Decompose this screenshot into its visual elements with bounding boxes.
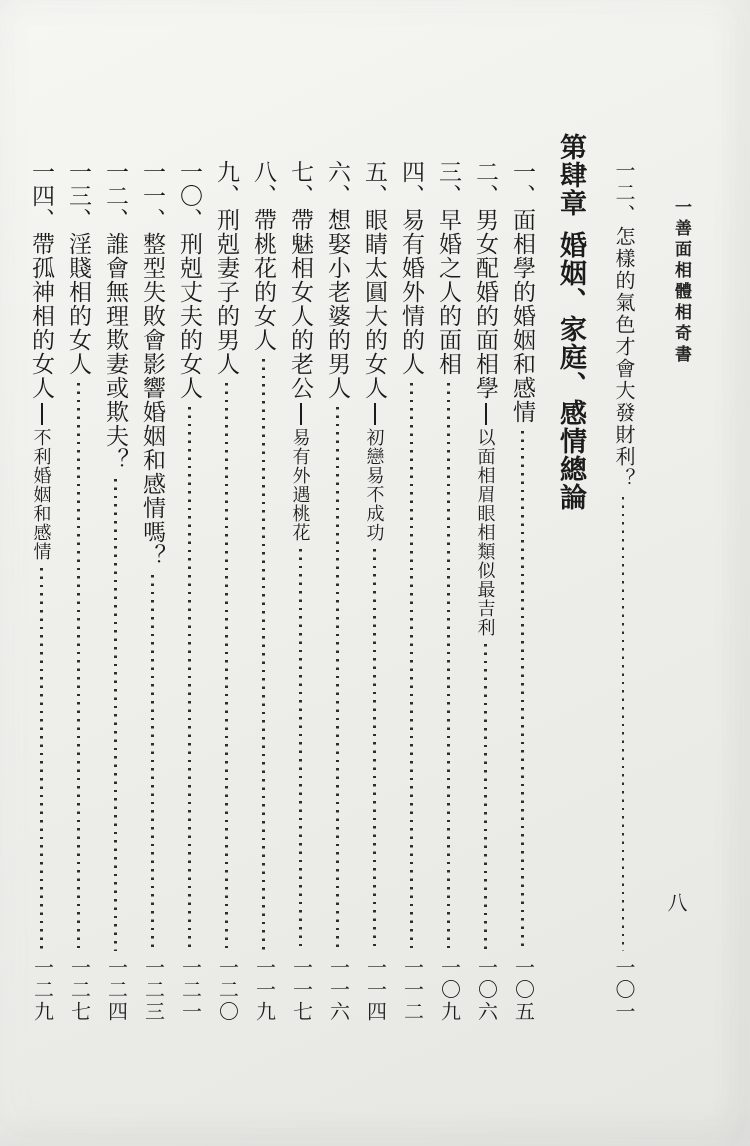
toc-entry-page: 一〇六: [471, 957, 501, 1023]
toc-entry-page: 一一九: [249, 957, 279, 1023]
toc-entry-page: 一二四: [101, 957, 131, 1023]
toc-entry-title: 一二、誰會無理欺妻或欺夫？: [100, 160, 131, 472]
dot-leader: [77, 383, 79, 951]
dash-mark: [374, 403, 376, 425]
toc-entry-page: 一〇一: [608, 957, 638, 1023]
toc-entry-page: 一二〇: [212, 957, 242, 1023]
dot-leader: [262, 359, 264, 951]
toc-entry-title: 一四、帶孤神相的女人: [26, 160, 57, 400]
toc-columns: 一二、怎樣的氣色才會大發財利？ 一〇一 第肆章 婚姻、家庭、感情總論 一、面相學…: [20, 130, 638, 1023]
toc-chapter-heading: 第肆章 婚姻、家庭、感情總論: [550, 130, 592, 1023]
toc-entry-title: 一二、怎樣的氣色才會大發財利？: [608, 160, 638, 490]
toc-entry: 三、早婚之人的面相 一〇九: [433, 130, 464, 1023]
toc-entry-title: 二、男女配婚的面相學: [470, 160, 501, 400]
dot-leader: [373, 549, 375, 951]
toc-entry: 九、刑剋妻子的男人 一二〇: [211, 130, 242, 1023]
dash-mark: [300, 403, 302, 425]
dot-leader: [188, 407, 190, 951]
toc-entry: 八、帶桃花的女人 一一九: [248, 130, 279, 1023]
toc-entry-page: 一二一: [175, 957, 205, 1023]
dot-leader: [521, 431, 523, 951]
toc-entry: 六、想娶小老婆的男人 一一六: [322, 130, 353, 1023]
dash-mark: [485, 403, 487, 425]
toc-entry-title: 六、想娶小老婆的男人: [322, 160, 353, 400]
dot-leader: [151, 575, 153, 951]
toc-entry-subtitle: 以面相眉眼相類似最吉利: [473, 428, 499, 637]
toc-entry: 七、帶魅相女人的老公 易有外遇桃花 一一七: [285, 130, 316, 1023]
toc-entry: 一二、誰會無理欺妻或欺夫？ 一二四: [100, 130, 131, 1023]
dot-leader: [336, 407, 338, 951]
toc-entry: 一二、怎樣的氣色才會大發財利？ 一〇一: [608, 130, 638, 1023]
dash-mark: [41, 403, 43, 425]
toc-entry-page: 一一七: [286, 957, 316, 1023]
dot-leader: [410, 383, 412, 951]
toc-entry: 二、男女配婚的面相學 以面相眉眼相類似最吉利 一〇六: [470, 130, 501, 1023]
book-page: 一善面相體相奇書 八 一二、怎樣的氣色才會大發財利？ 一〇一 第肆章 婚姻、家庭…: [0, 0, 750, 1146]
toc-entry-title: 一〇、刑剋丈夫的女人: [174, 160, 205, 400]
toc-entry-page: 一一四: [360, 957, 390, 1023]
dot-leader: [447, 383, 449, 951]
dot-leader: [40, 568, 42, 951]
toc-entry-title: 一三、淫賤相的女人: [63, 160, 94, 376]
chapter-title: 婚姻、家庭、感情總論: [550, 231, 592, 511]
toc-entry-page: 一〇九: [434, 957, 464, 1023]
toc-entry: 一一、整型失敗會影響婚姻和感情嗎？ 一二三: [137, 130, 168, 1023]
toc-entry: 一〇、刑剋丈夫的女人 一二一: [174, 130, 205, 1023]
toc-entry: 五、眼睛太圓大的女人 初戀易不成功 一一四: [359, 130, 390, 1023]
toc-entry-subtitle: 易有外遇桃花: [288, 428, 314, 542]
toc-entry-page: 一一二: [397, 957, 427, 1023]
toc-entry-title: 一、面相學的婚姻和感情: [507, 160, 538, 424]
toc-entry: 一四、帶孤神相的女人 不利婚姻和感情 一二九: [26, 130, 57, 1023]
folio-page-number: 八: [658, 892, 690, 912]
toc-entry-page: 一〇五: [508, 957, 538, 1023]
dot-leader: [622, 497, 624, 951]
chapter-number: 第肆章: [550, 133, 592, 217]
dot-leader: [114, 479, 116, 951]
dot-leader: [299, 549, 301, 951]
toc-entry-page: 一二七: [64, 957, 94, 1023]
toc-entry-title: 三、早婚之人的面相: [433, 160, 464, 376]
toc-entry-page: 一二三: [138, 957, 168, 1023]
toc-entry-title: 八、帶桃花的女人: [248, 160, 279, 352]
toc-entry-subtitle: 不利婚姻和感情: [29, 428, 55, 561]
toc-entry-title: 五、眼睛太圓大的女人: [359, 160, 390, 400]
toc-entry-title: 七、帶魅相女人的老公: [285, 160, 316, 400]
toc-entry-subtitle: 初戀易不成功: [362, 428, 388, 542]
toc-entry: 一三、淫賤相的女人 一二七: [63, 130, 94, 1023]
toc-entry-title: 一一、整型失敗會影響婚姻和感情嗎？: [137, 160, 168, 568]
dot-leader: [484, 644, 486, 951]
dot-leader: [225, 383, 227, 951]
toc-entry-page: 一一六: [323, 957, 353, 1023]
toc-entry: 四、易有婚外情的人 一一二: [396, 130, 427, 1023]
toc-entry: 一、面相學的婚姻和感情 一〇五: [507, 130, 538, 1023]
toc-entry-title: 四、易有婚外情的人: [396, 160, 427, 376]
toc-entry-page: 一二九: [27, 957, 57, 1023]
toc-entry-title: 九、刑剋妻子的男人: [211, 160, 242, 376]
running-title: 一善面相體相奇書: [662, 198, 694, 366]
